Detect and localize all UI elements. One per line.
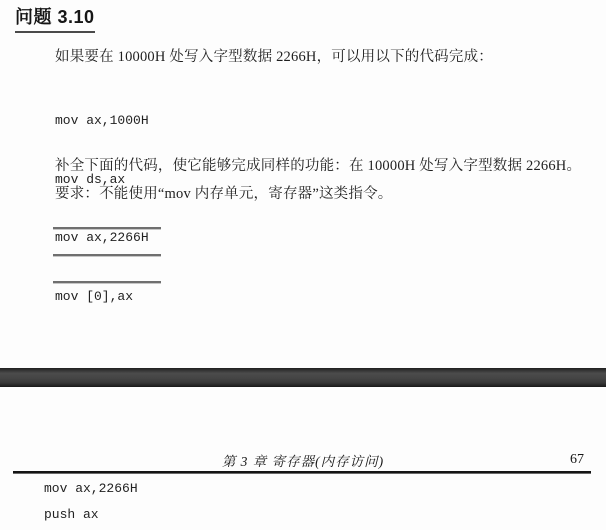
code-line: mov ax,2266H [55, 228, 149, 248]
answer-code-line: push ax [44, 507, 99, 522]
header-rule-line [13, 471, 591, 474]
requirement-paragraph: 要求：不能使用“mov 内存单元，寄存器”这类指令。 [55, 182, 392, 203]
task-paragraph: 补全下面的代码，使它能够完成同样的功能：在 10000H 处写入字型数据 226… [55, 154, 581, 175]
chapter-running-header: 第 3 章 寄存器(内存访问) [0, 450, 606, 470]
page-break-band [0, 368, 606, 387]
example-code-block: mov ax,1000H mov ds,ax mov ax,2266H mov … [55, 72, 149, 345]
page-number: 67 [570, 452, 584, 468]
problem-title: 问题 3.10 [15, 3, 95, 33]
answer-code-line: mov ax,2266H [44, 481, 138, 496]
fill-in-blank-line [53, 254, 161, 256]
fill-in-blank-line [53, 227, 161, 229]
scanned-book-page: 问题 3.10 如果要在 10000H 处写入字型数据 2266H，可以用以下的… [0, 0, 606, 530]
code-line: mov [0],ax [55, 287, 149, 307]
code-line: mov ax,1000H [55, 111, 149, 131]
fill-in-blank-line [53, 281, 161, 283]
intro-paragraph: 如果要在 10000H 处写入字型数据 2266H，可以用以下的代码完成： [55, 45, 493, 66]
